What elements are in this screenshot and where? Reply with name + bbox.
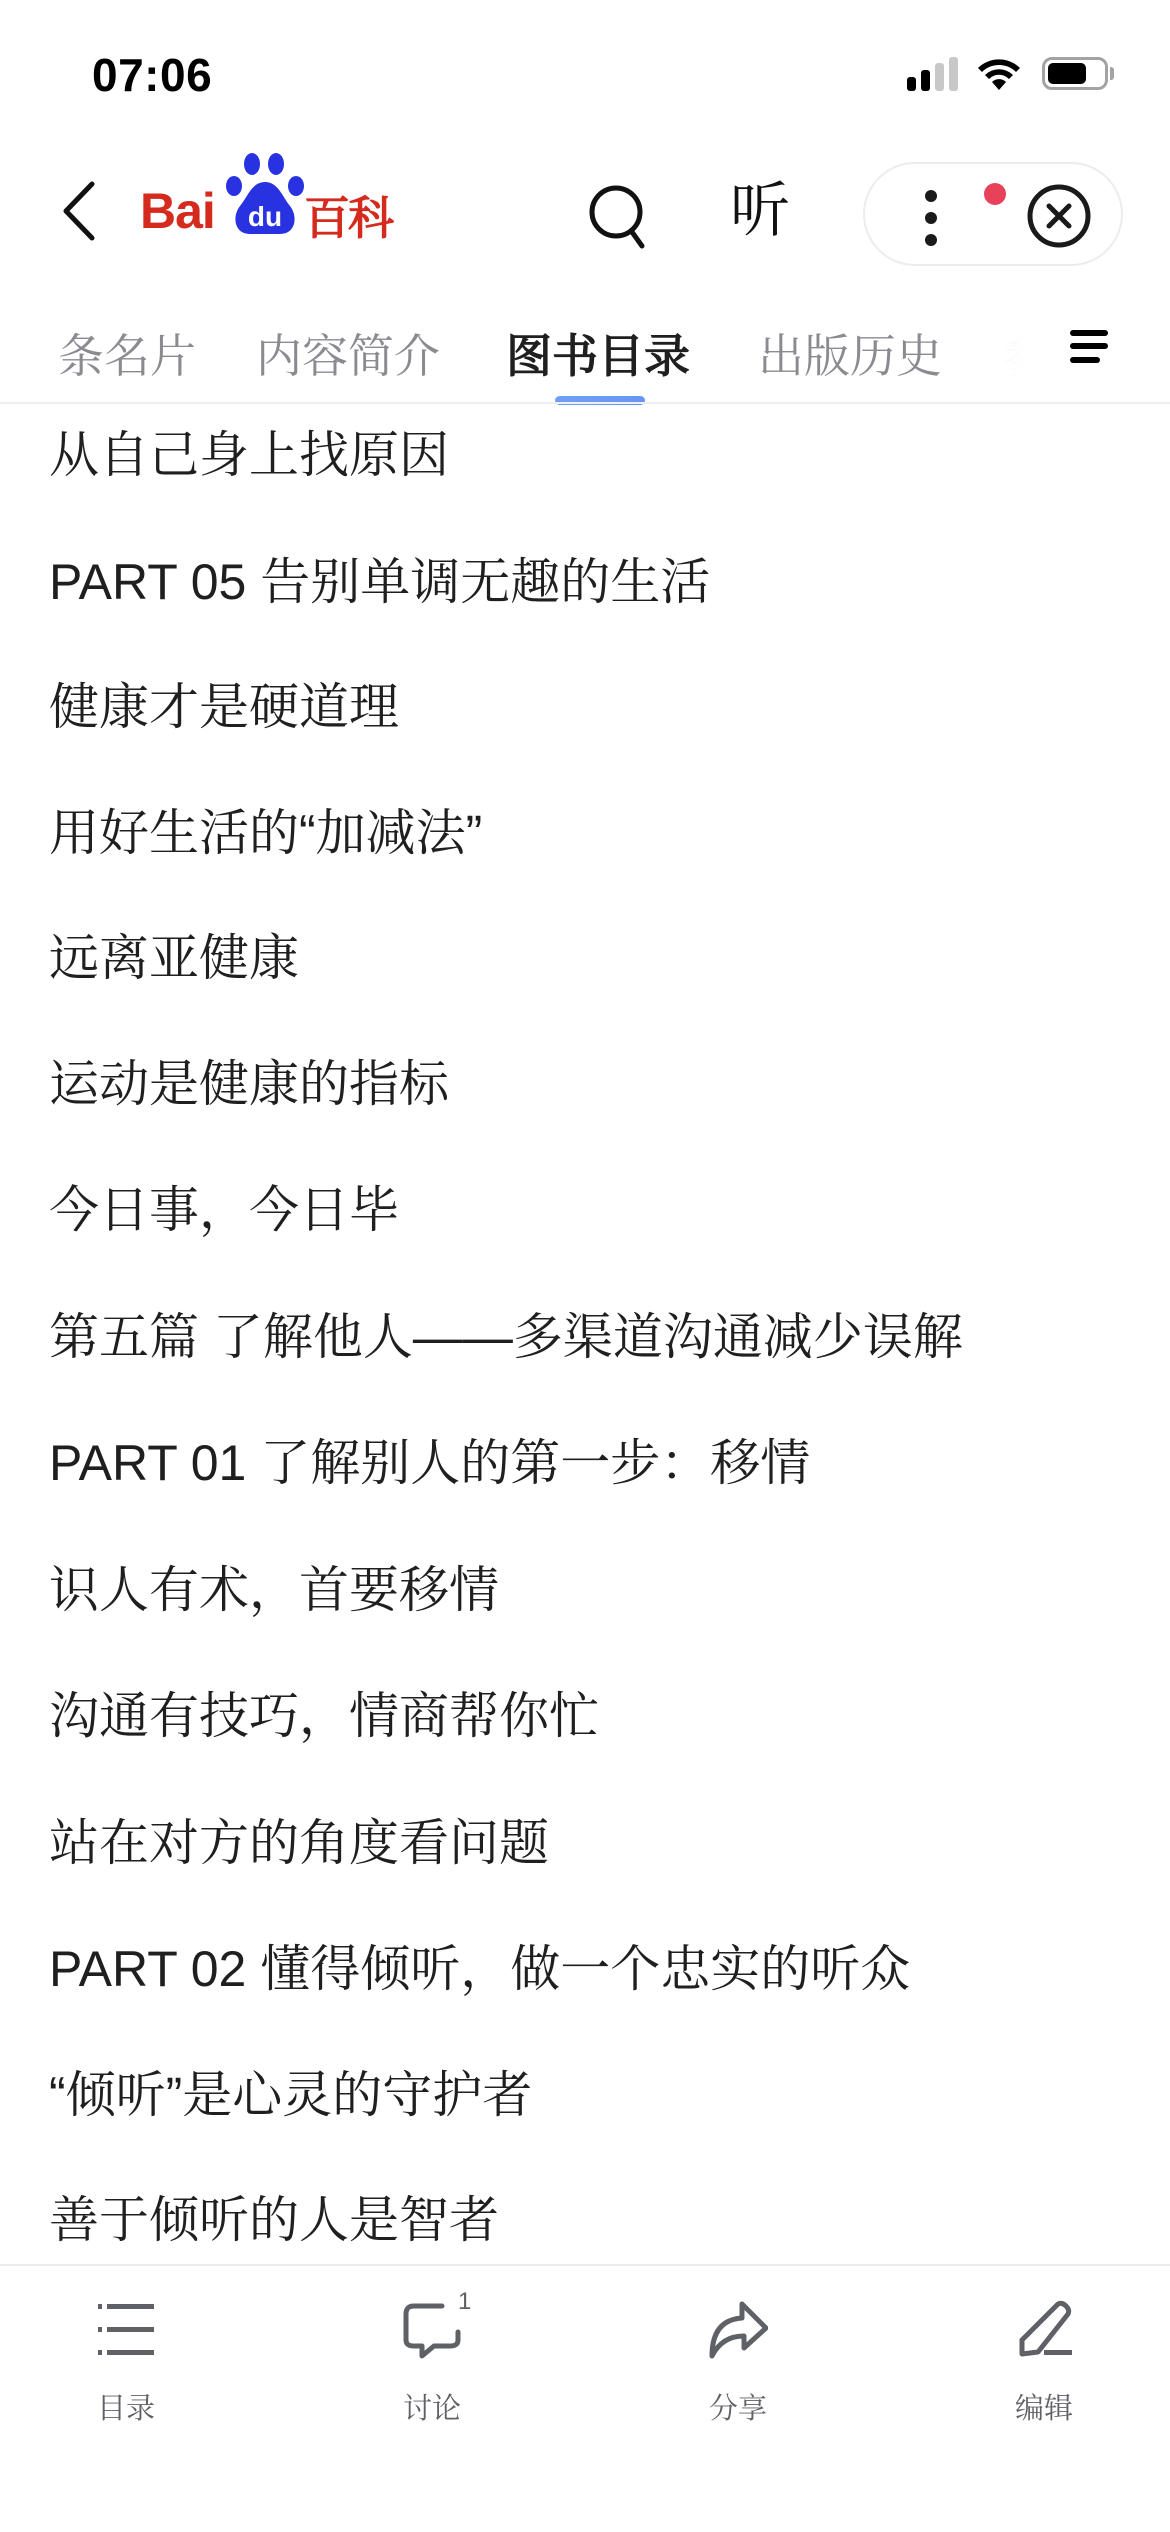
logo-text-latin: Bai (140, 182, 215, 240)
logo-text-chinese: 百科 (304, 182, 392, 248)
more-dot (925, 212, 937, 224)
list-item[interactable]: 远离亚健康 (49, 928, 299, 988)
listen-button[interactable]: 听 (730, 178, 790, 244)
signal-icon (907, 57, 959, 91)
more-button[interactable] (905, 176, 965, 256)
close-button[interactable] (1025, 182, 1093, 250)
list-item[interactable]: 健康才是硬道理 (49, 677, 399, 737)
more-dot (925, 234, 937, 246)
list-item[interactable]: 站在对方的角度看问题 (49, 1813, 549, 1873)
battery-icon (1042, 57, 1108, 90)
paw-logo-icon: du (222, 152, 308, 238)
list-item[interactable]: 识人有术，首要移情 (49, 1560, 499, 1620)
wifi-icon (975, 56, 1023, 92)
discuss-label: 讨论 (372, 2392, 492, 2426)
battery-cap (1110, 67, 1114, 80)
mini-program-capsule (863, 162, 1123, 266)
contents-button[interactable]: 目录 (66, 2292, 186, 2412)
comment-icon (402, 2300, 462, 2360)
svg-text:du: du (248, 201, 282, 232)
list-item[interactable]: 善于倾听的人是智者 (49, 2190, 499, 2250)
list-item[interactable]: 从自己身上找原因 (49, 425, 449, 485)
edit-icon (1014, 2300, 1074, 2360)
tabs-fade-mask (960, 300, 1050, 404)
tab-book-contents[interactable]: 图书目录 (506, 330, 690, 382)
section-tabs: 条名片 内容简介 图书目录 出版历史 参 (0, 300, 1170, 404)
list-item[interactable]: 运动是健康的指标 (49, 1054, 449, 1114)
contents-label: 目录 (66, 2392, 186, 2426)
menu-icon-line (1070, 343, 1108, 349)
list-item[interactable]: 第五篇 了解他人——多渠道沟通减少误解 (49, 1307, 963, 1367)
list-item[interactable]: PART 02 懂得倾听，做一个忠实的听众 (49, 1939, 910, 1999)
list-item[interactable]: PART 01 了解别人的第一步：移情 (49, 1433, 810, 1493)
search-button[interactable] (584, 180, 650, 252)
baidu-baike-logo[interactable]: Bai du 百科 (136, 152, 396, 242)
book-contents-list[interactable]: 从自己身上找原因 PART 05 告别单调无趣的生活 健康才是硬道理 用好生活的… (0, 404, 1170, 2265)
tab-business-card[interactable]: 条名片 (58, 330, 196, 382)
status-time: 07:06 (92, 50, 212, 100)
menu-icon-line (1070, 330, 1108, 336)
list-item[interactable]: 今日事，今日毕 (49, 1180, 399, 1240)
share-icon (708, 2300, 768, 2360)
share-label: 分享 (678, 2392, 798, 2426)
notification-dot (984, 183, 1006, 205)
list-item[interactable]: 用好生活的“加减法” (49, 803, 482, 863)
edit-button[interactable]: 编辑 (984, 2292, 1104, 2412)
list-icon (96, 2300, 156, 2360)
edit-label: 编辑 (984, 2392, 1104, 2426)
tab-summary[interactable]: 内容简介 (256, 330, 440, 382)
more-dot (925, 190, 937, 202)
discuss-button[interactable]: 1 讨论 (372, 2292, 492, 2412)
menu-icon-line (1070, 357, 1100, 363)
tabs-menu-button[interactable] (1060, 322, 1120, 372)
bottom-toolbar: 目录 1 讨论 分享 编辑 (0, 2266, 1170, 2532)
back-button[interactable] (56, 178, 106, 244)
discuss-count-badge: 1 (458, 2288, 471, 2316)
share-button[interactable]: 分享 (678, 2292, 798, 2412)
list-item[interactable]: “倾听”是心灵的守护者 (49, 2065, 532, 2125)
tab-publish-history[interactable]: 出版历史 (758, 330, 942, 382)
list-item[interactable]: 沟通有技巧，情商帮你忙 (49, 1686, 599, 1746)
list-item[interactable]: PART 05 告别单调无趣的生活 (49, 552, 710, 612)
